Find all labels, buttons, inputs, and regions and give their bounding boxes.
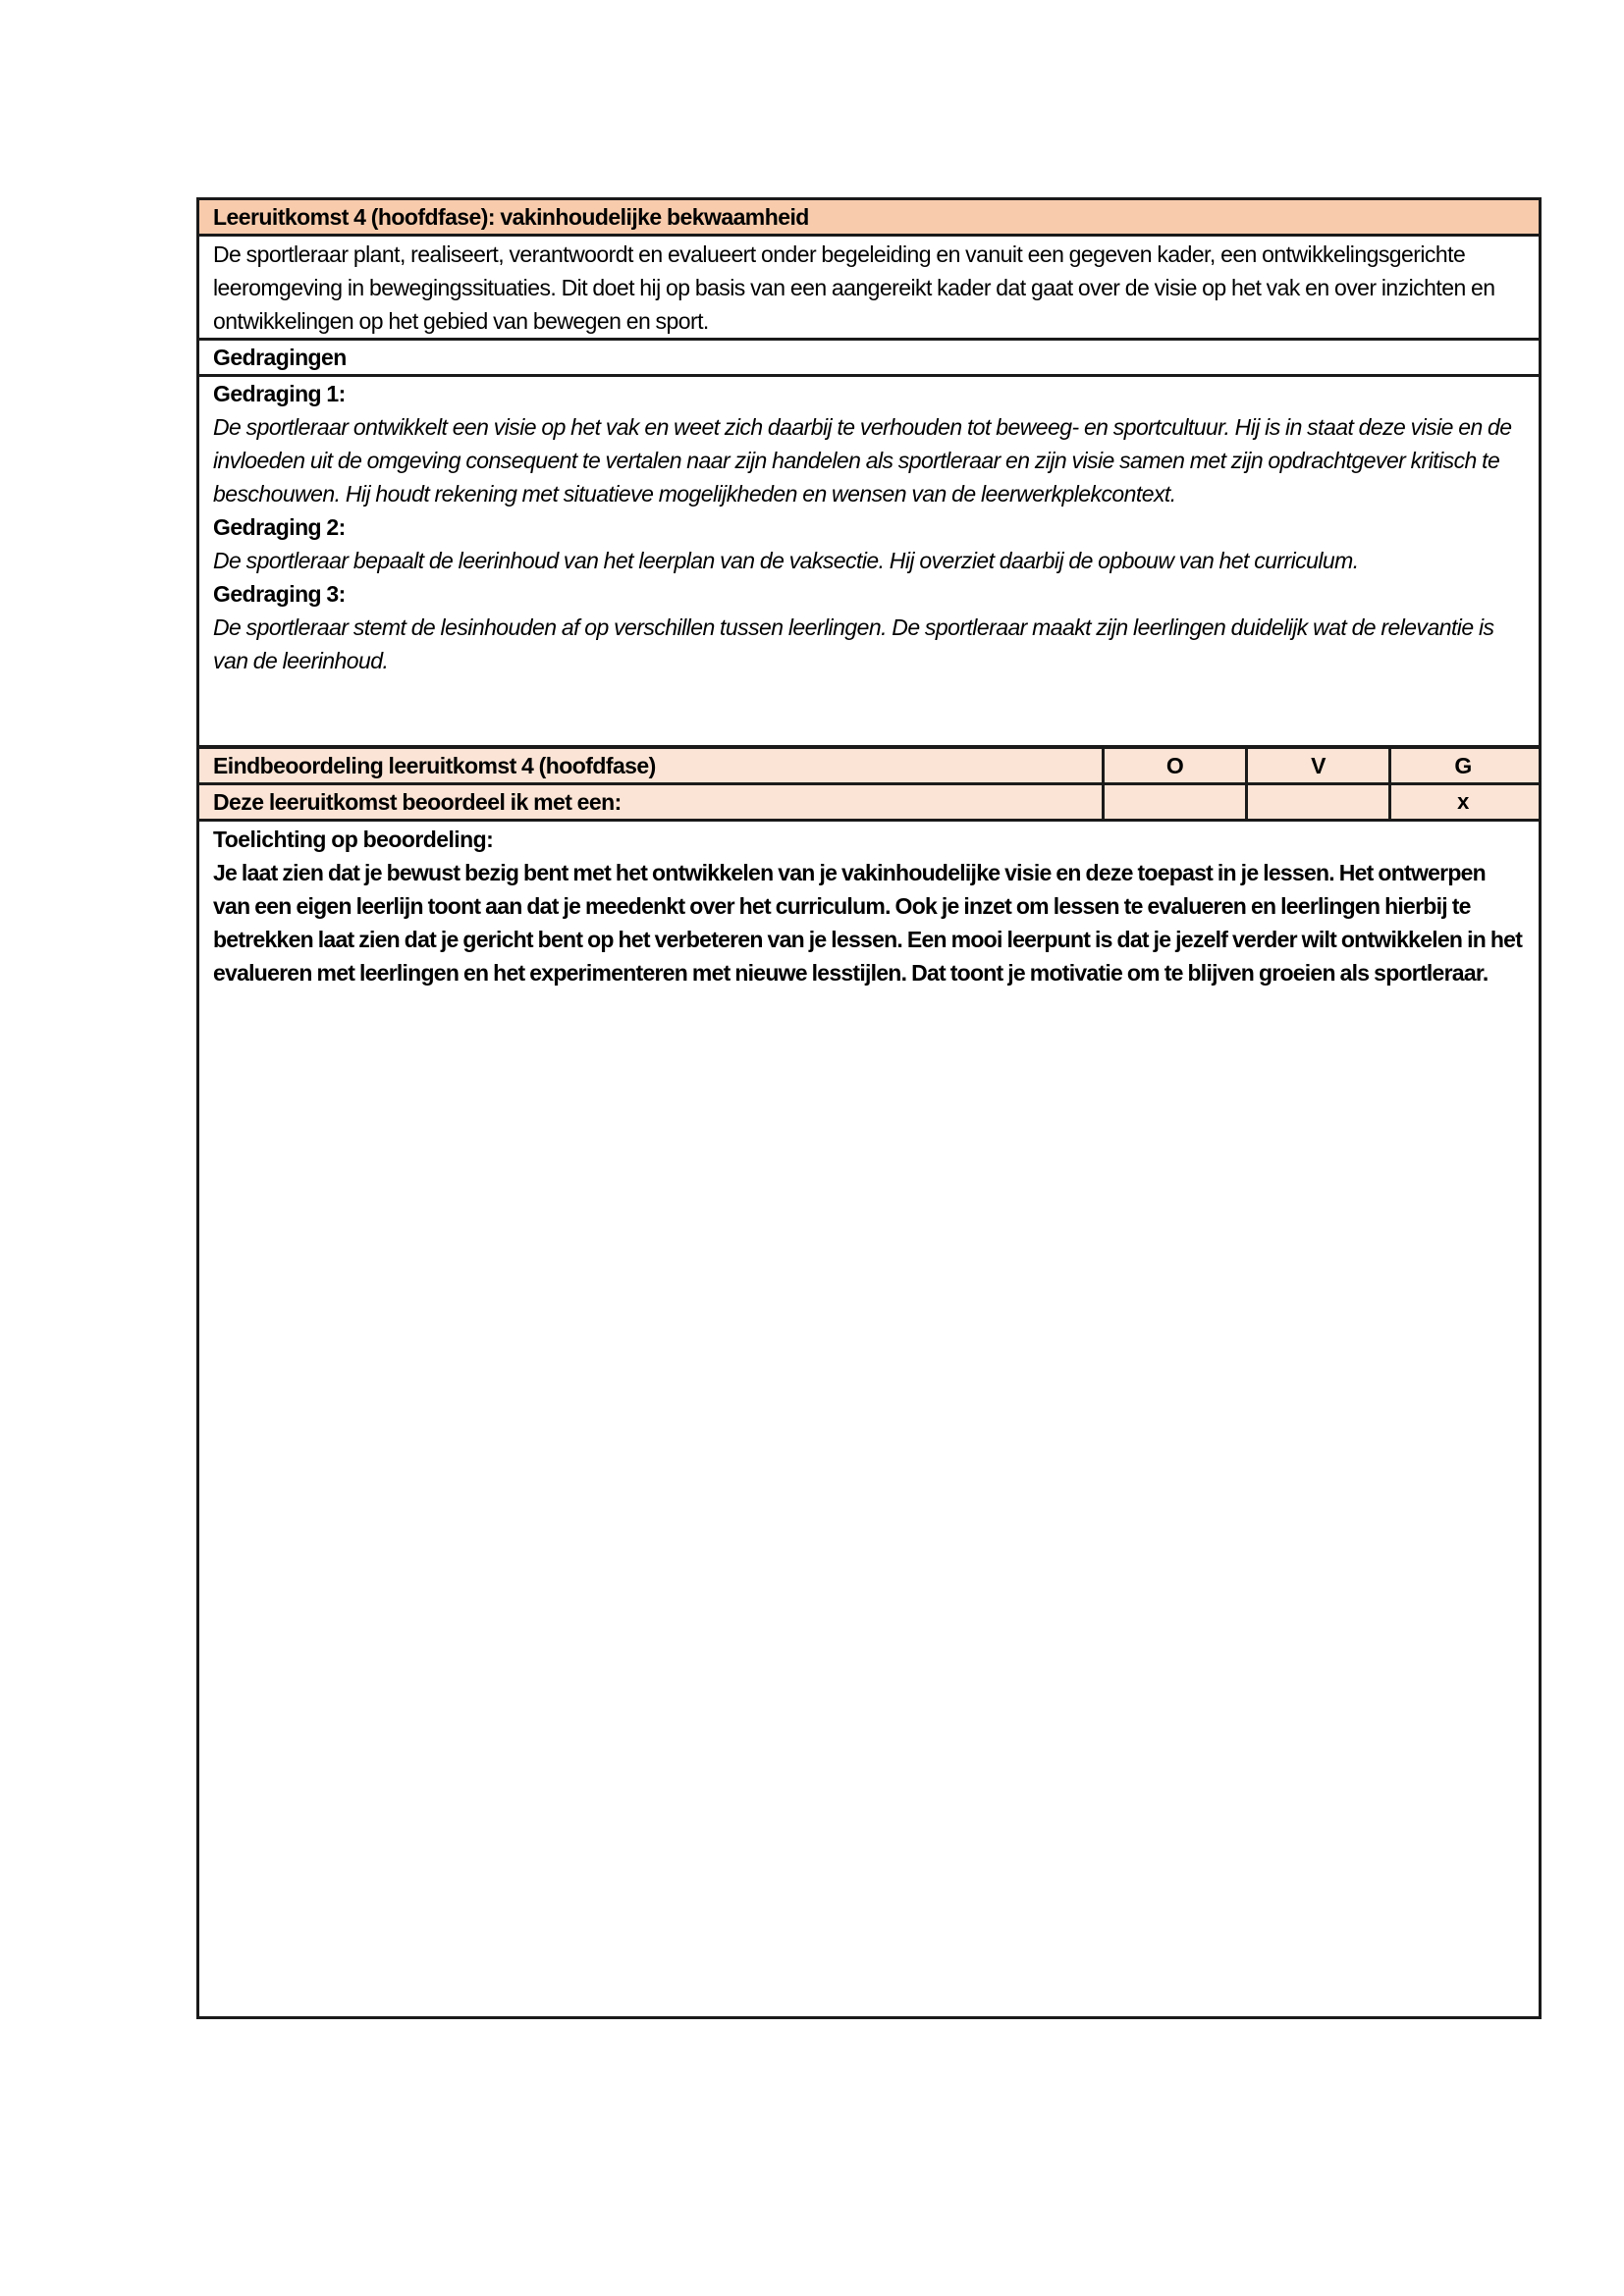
document-page: Leeruitkomst 4 (hoofdfase): vakinhoudeli… [0,0,1624,2296]
rating-option-g: G [1388,749,1535,782]
final-assessment-header-row: Eindbeoordeling leeruitkomst 4 (hoofdfas… [199,749,1539,785]
behaviour-title: Gedraging 3: [213,577,1525,611]
behaviours-list: Gedraging 1: De sportleraar ontwikkelt e… [199,377,1539,749]
assessment-selection-row: Deze leeruitkomst beoordeel ik met een: … [199,785,1539,822]
behaviour-title: Gedraging 2: [213,510,1525,544]
behaviours-heading: Gedragingen [213,345,347,370]
behaviour-text: De sportleraar stemt de lesinhouden af o… [213,611,1525,677]
final-assessment-label: Eindbeoordeling leeruitkomst 4 (hoofdfas… [199,749,1102,782]
learning-outcome-description: De sportleraar plant, realiseert, verant… [199,237,1539,341]
feedback-section: Toelichting op beoordeling: Je laat zien… [199,822,1539,2016]
description-text: De sportleraar plant, realiseert, verant… [213,241,1495,334]
learning-outcome-title: Leeruitkomst 4 (hoofdfase): vakinhoudeli… [213,204,809,230]
behaviour-title: Gedraging 1: [213,377,1525,410]
behaviour-item: Gedraging 2: De sportleraar bepaalt de l… [213,510,1525,577]
rating-option-v: V [1245,749,1388,782]
feedback-text: Je laat zien dat je bewust bezig bent me… [213,856,1525,989]
rating-mark-o[interactable] [1102,785,1245,819]
rating-mark-g[interactable]: x [1388,785,1535,819]
behaviour-text: De sportleraar ontwikkelt een visie op h… [213,410,1525,510]
learning-outcome-header: Leeruitkomst 4 (hoofdfase): vakinhoudeli… [199,200,1539,237]
assessment-table: Leeruitkomst 4 (hoofdfase): vakinhoudeli… [196,197,1542,2019]
feedback-title: Toelichting op beoordeling: [213,823,1525,856]
behaviours-heading-row: Gedragingen [199,341,1539,377]
rating-option-o: O [1102,749,1245,782]
assessment-prompt: Deze leeruitkomst beoordeel ik met een: [199,785,1102,819]
behaviour-text: De sportleraar bepaalt de leerinhoud van… [213,544,1525,577]
behaviour-item: Gedraging 3: De sportleraar stemt de les… [213,577,1525,677]
rating-mark-v[interactable] [1245,785,1388,819]
behaviour-item: Gedraging 1: De sportleraar ontwikkelt e… [213,377,1525,510]
